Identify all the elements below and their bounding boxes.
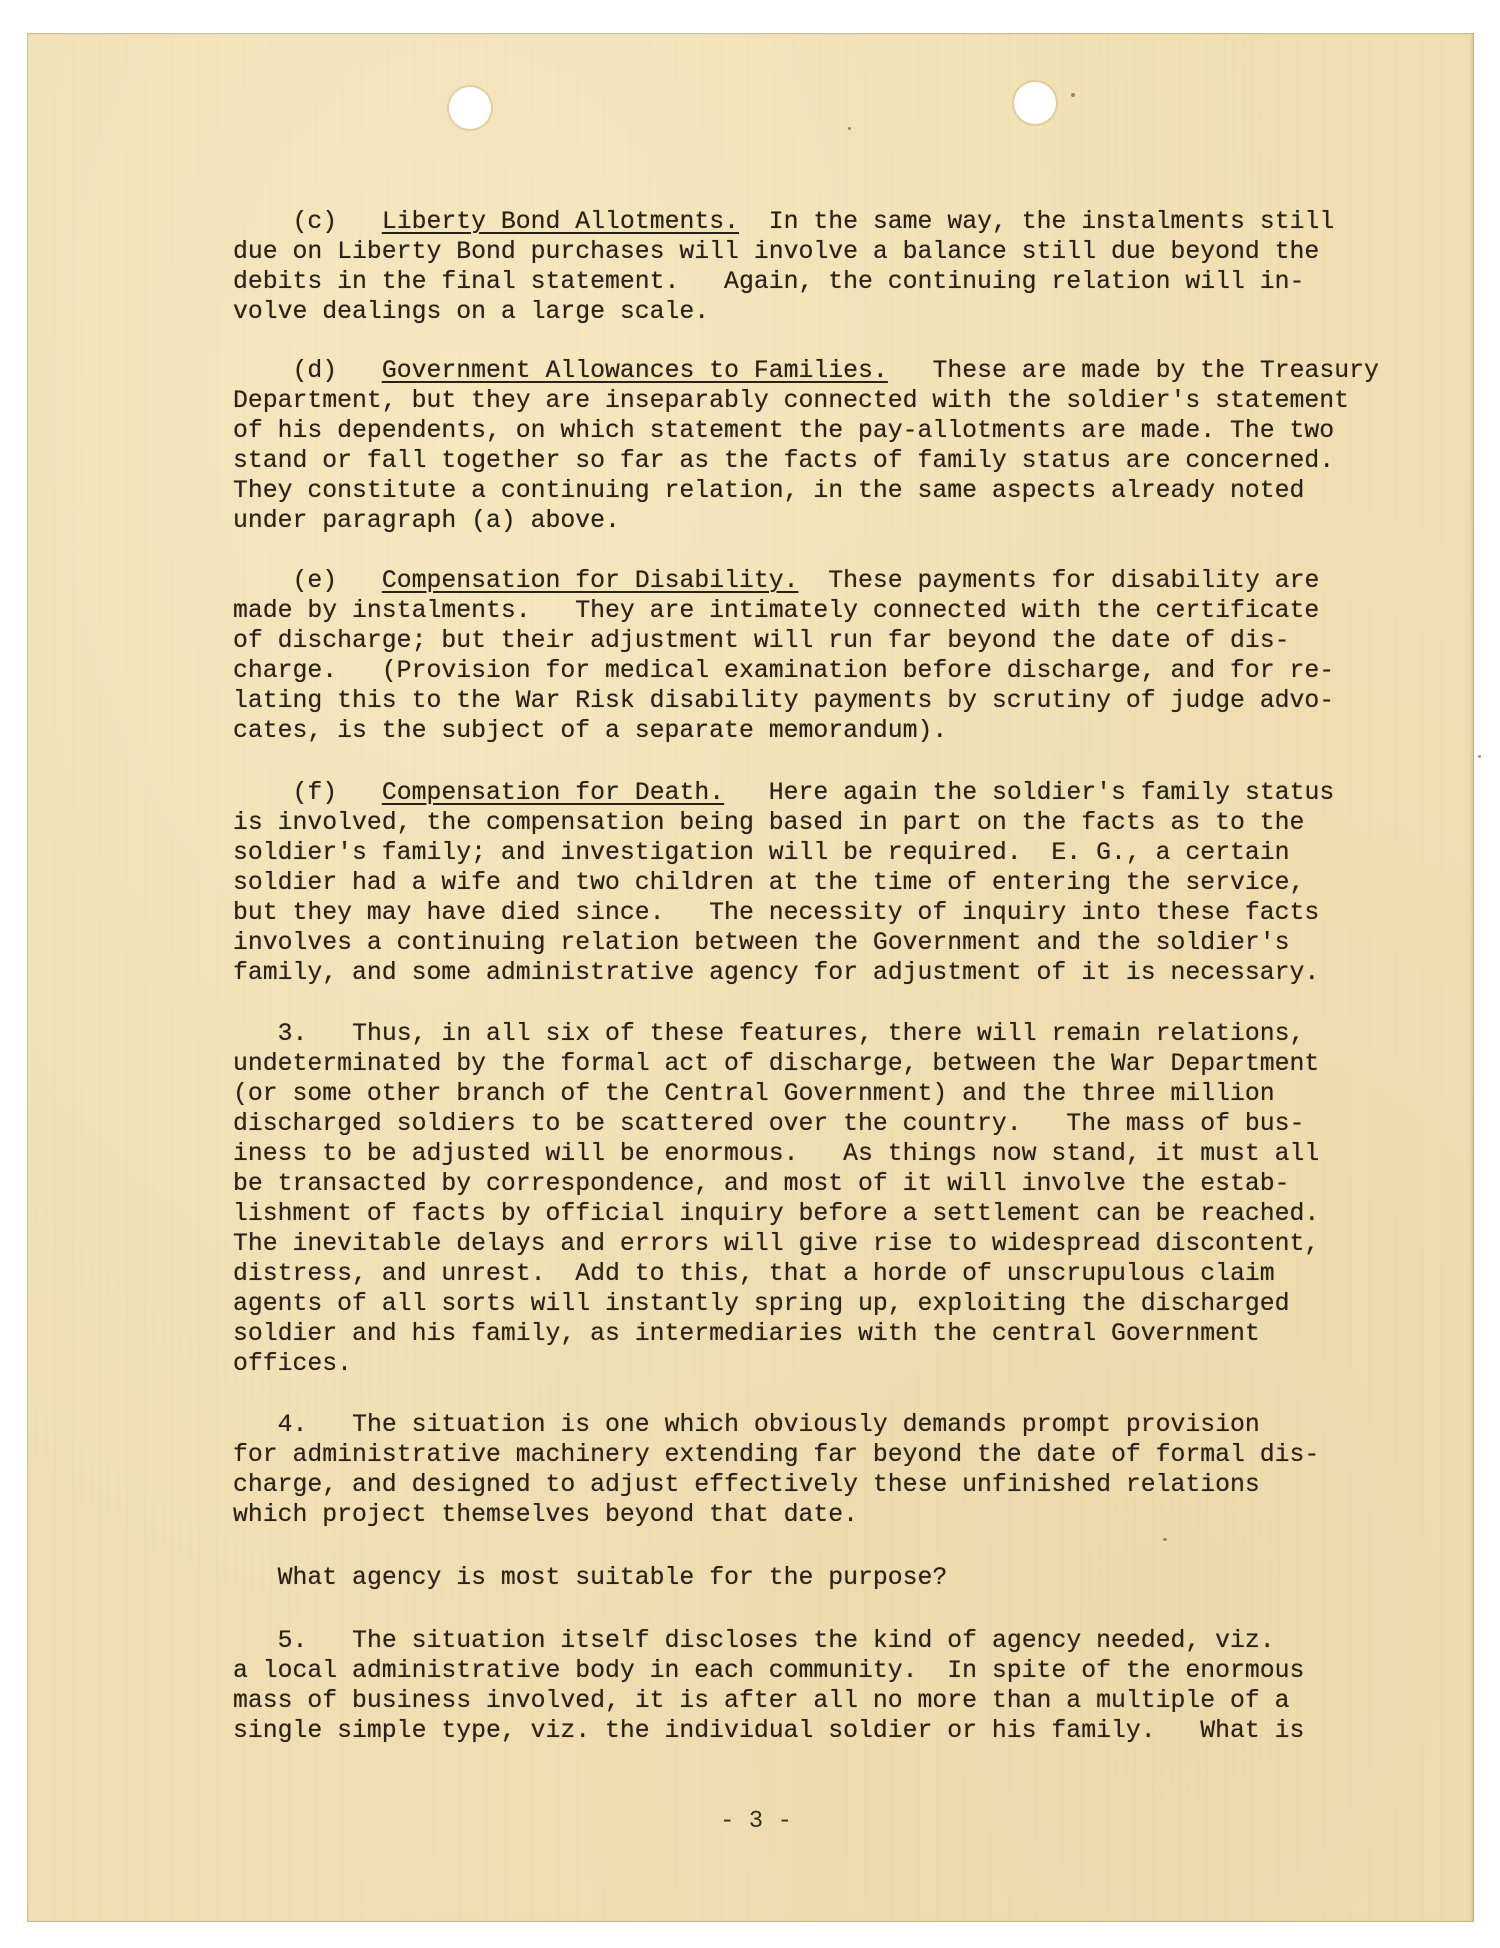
paragraph-d-line-6: under paragraph (a) above.: [233, 506, 620, 536]
paragraph-c-label: (c): [293, 208, 338, 236]
paragraph-f-line-7: family, and some administrative agency f…: [233, 958, 1319, 988]
paragraph-3-line-2: undeterminated by the formal act of disc…: [233, 1049, 1319, 1079]
paragraph-3-line-6: be transacted by correspondence, and mos…: [233, 1169, 1290, 1199]
paragraph-d-label: (d): [293, 357, 338, 385]
paragraph-3-line-10: agents of all sorts will instantly sprin…: [233, 1289, 1290, 1319]
paragraph-f-label: (f): [293, 779, 338, 807]
paragraph-3-line-5: iness to be adjusted will be enormous. A…: [233, 1139, 1319, 1169]
paragraph-3-label: 3.: [278, 1020, 308, 1048]
paragraph-4-line-3: charge, and designed to adjust effective…: [233, 1470, 1260, 1500]
paragraph-f-line-4: soldier had a wife and two children at t…: [233, 868, 1304, 898]
paragraph-c-line-1: (c) Liberty Bond Allotments. In the same…: [233, 207, 1334, 237]
paragraph-f-heading: Compensation for Death.: [382, 779, 724, 807]
paragraph-3-line-12: offices.: [233, 1349, 352, 1379]
punch-hole-right: [1014, 82, 1056, 124]
paragraph-e-line-6: cates, is the subject of a separate memo…: [233, 716, 947, 746]
paragraph-5-line-2: a local administrative body in each comm…: [233, 1656, 1304, 1686]
paragraph-4-line-1: 4. The situation is one which obviously …: [233, 1410, 1260, 1440]
paragraph-d-line-3: of his dependents, on which statement th…: [233, 416, 1334, 446]
paragraph-3-line-9: distress, and unrest. Add to this, that …: [233, 1259, 1275, 1289]
paragraph-f-line-2: is involved, the compensation being base…: [233, 808, 1304, 838]
paragraph-d-line-1: (d) Government Allowances to Families. T…: [233, 356, 1379, 386]
paragraph-e-line-2: made by instalments. They are intimately…: [233, 596, 1319, 626]
paragraph-c-line-3: debits in the final statement. Again, th…: [233, 267, 1304, 297]
paper-speck: [1071, 93, 1075, 97]
paragraph-3-line-11: soldier and his family, as intermediarie…: [233, 1319, 1260, 1349]
paragraph-d-line-4: stand or fall together so far as the fac…: [233, 446, 1334, 476]
paper-speck: [1478, 755, 1481, 758]
paragraph-5-line-1: 5. The situation itself discloses the ki…: [233, 1626, 1275, 1656]
paragraph-c-line-4: volve dealings on a large scale.: [233, 297, 709, 327]
paragraph-f-line-6: involves a continuing relation between t…: [233, 928, 1290, 958]
paragraph-d-line-2: Department, but they are inseparably con…: [233, 386, 1349, 416]
paragraph-d-heading: Government Allowances to Families.: [382, 357, 888, 385]
paragraph-5-label: 5.: [278, 1627, 308, 1655]
paragraph-c-heading: Liberty Bond Allotments.: [382, 208, 739, 236]
punch-hole-left: [449, 87, 491, 129]
paper-speck: [1163, 1538, 1167, 1541]
paragraph-e-line-3: of discharge; but their adjustment will …: [233, 626, 1290, 656]
paragraph-e-line-4: charge. (Provision for medical examinati…: [233, 656, 1334, 686]
paragraph-f-line-1: (f) Compensation for Death. Here again t…: [233, 778, 1334, 808]
paragraph-4-line-2: for administrative machinery extending f…: [233, 1440, 1319, 1470]
paragraph-4-label: 4.: [278, 1411, 308, 1439]
paragraph-3-line-7: lishment of facts by official inquiry be…: [233, 1199, 1319, 1229]
paragraph-5-line-3: mass of business involved, it is after a…: [233, 1686, 1290, 1716]
paragraph-3-line-3: (or some other branch of the Central Gov…: [233, 1079, 1275, 1109]
paragraph-4-line-4: which project themselves beyond that dat…: [233, 1500, 858, 1530]
paragraph-f-line-5: but they may have died since. The necess…: [233, 898, 1319, 928]
paragraph-e-line-1: (e) Compensation for Disability. These p…: [233, 566, 1319, 596]
paragraph-d-line-5: They constitute a continuing relation, i…: [233, 476, 1304, 506]
paper-speck: [848, 127, 851, 130]
page-number: - 3 -: [720, 1808, 792, 1835]
paragraph-3-line-1: 3. Thus, in all six of these features, t…: [233, 1019, 1304, 1049]
paragraph-5-line-4: single simple type, viz. the individual …: [233, 1716, 1304, 1746]
paragraph-c-line-2: due on Liberty Bond purchases will invol…: [233, 237, 1319, 267]
question-line: What agency is most suitable for the pur…: [233, 1563, 947, 1593]
paragraph-3-line-4: discharged soldiers to be scattered over…: [233, 1109, 1304, 1139]
paragraph-f-line-3: soldier's family; and investigation will…: [233, 838, 1290, 868]
paragraph-e-line-5: lating this to the War Risk disability p…: [233, 686, 1334, 716]
document-body: (c) Liberty Bond Allotments. In the same…: [233, 0, 263, 1680]
paragraph-3-line-8: The inevitable delays and errors will gi…: [233, 1229, 1319, 1259]
paragraph-e-heading: Compensation for Disability.: [382, 567, 799, 595]
paragraph-e-label: (e): [293, 567, 338, 595]
